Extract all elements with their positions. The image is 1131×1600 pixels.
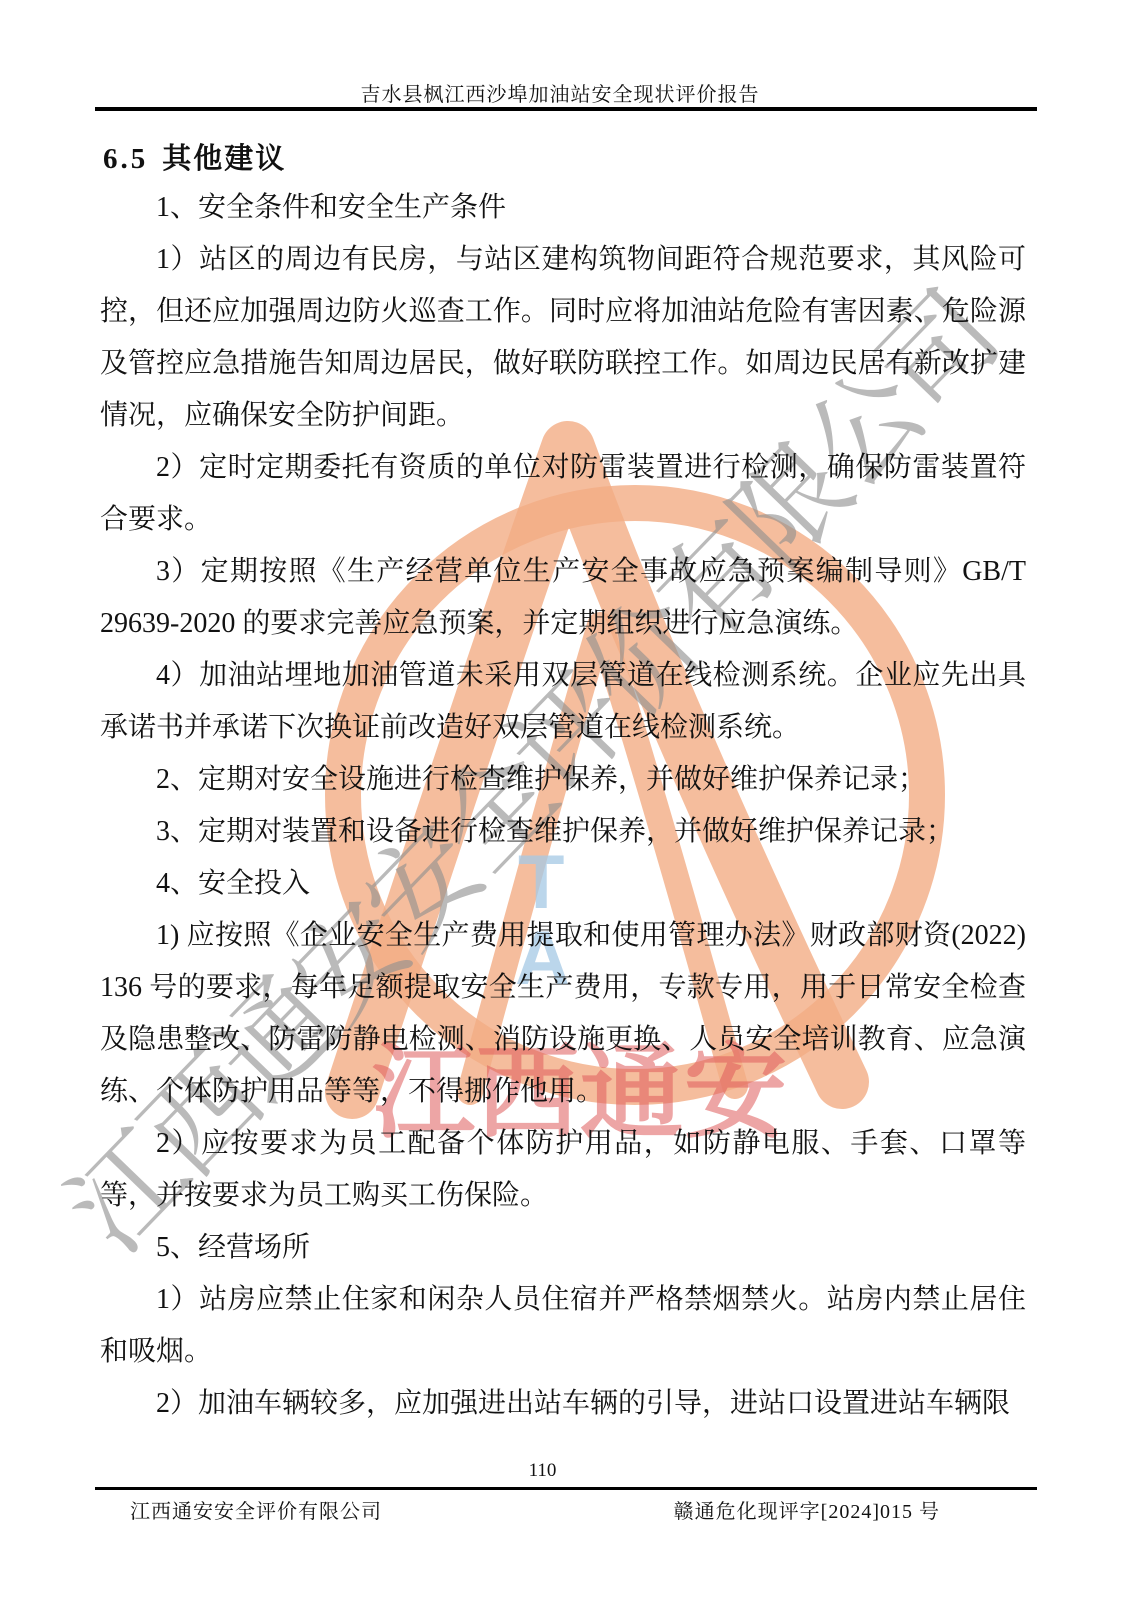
paragraph: 1）站房应禁止住家和闲杂人员住宿并严格禁烟禁火。站房内禁止居住和吸烟。	[100, 1274, 1026, 1378]
paragraph: 2）加油车辆较多，应加强进出站车辆的引导，进站口设置进站车辆限	[100, 1378, 1026, 1430]
footer-rule	[95, 1487, 1037, 1490]
paragraph: 2）应按要求为员工配备个体防护用品，如防静电服、手套、口罩等等，并按要求为员工购…	[100, 1118, 1026, 1222]
header-rule	[95, 107, 1037, 111]
footer-doc-code: 赣通危化现评字[2024]015 号	[674, 1495, 940, 1524]
footer-company: 江西通安安全评价有限公司	[130, 1495, 382, 1524]
paragraph: 1) 应按照《企业安全生产费用提取和使用管理办法》财政部财资(2022) 136…	[100, 910, 1026, 1118]
paragraph: 2）定时定期委托有资质的单位对防雷装置进行检测，确保防雷装置符合要求。	[100, 442, 1026, 546]
section-number: 6.5	[103, 143, 148, 175]
paragraph: 1）站区的周边有民房，与站区建构筑物间距符合规范要求，其风险可控，但还应加强周边…	[100, 234, 1026, 442]
content-layer: 吉水县枫江西沙埠加油站安全现状评价报告 6.5其他建议 1、安全条件和安全生产条…	[0, 0, 1131, 1600]
section-title: 其他建议	[162, 143, 286, 175]
paragraph: 5、经营场所	[100, 1222, 1026, 1274]
page-number: 110	[0, 1460, 1085, 1482]
paragraph: 4、安全投入	[100, 858, 1026, 910]
section-heading: 6.5其他建议	[103, 136, 286, 177]
paragraph: 1、安全条件和安全生产条件	[100, 182, 1026, 234]
document-page: T A 江西通安 江西通安安全评价有限公司 吉水县枫江西沙埠加油站安全现状评价报…	[0, 0, 1131, 1600]
body-paragraphs: 1、安全条件和安全生产条件1）站区的周边有民房，与站区建构筑物间距符合规范要求，…	[100, 182, 1026, 1430]
paragraph: 2、定期对安全设施进行检查维护保养，并做好维护保养记录；	[100, 754, 1026, 806]
paragraph: 4）加油站埋地加油管道未采用双层管道在线检测系统。企业应先出具承诺书并承诺下次换…	[100, 650, 1026, 754]
report-header-title: 吉水县枫江西沙埠加油站安全现状评价报告	[0, 78, 1120, 107]
paragraph: 3）定期按照《生产经营单位生产安全事故应急预案编制导则》GB/T 29639-2…	[100, 546, 1026, 650]
paragraph: 3、定期对装置和设备进行检查维护保养，并做好维护保养记录；	[100, 806, 1026, 858]
